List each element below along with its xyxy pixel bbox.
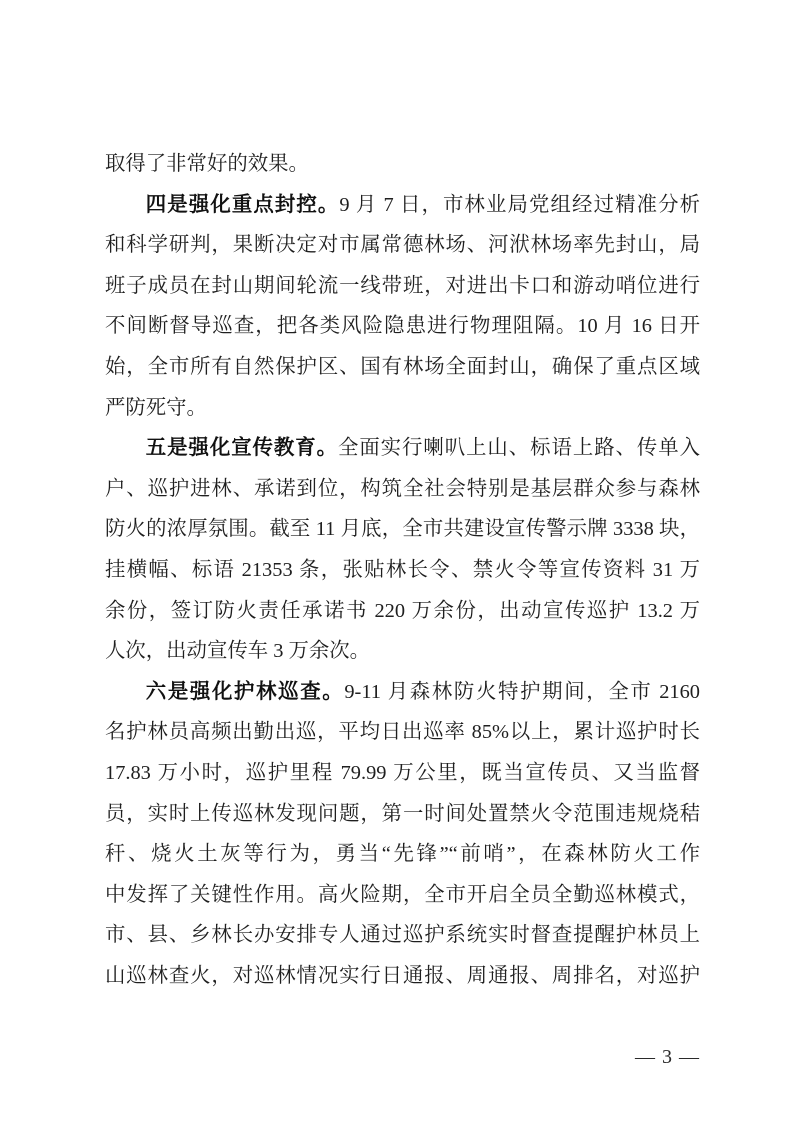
section-heading: 四是强化重点封控。 [146, 194, 340, 216]
text-line: 六是强化护林巡查。9-11 月森林防火特护期间，全市 2160 [105, 672, 700, 713]
text-line: 和科学研判，果断决定对市属常德林场、河洑林场率先封山，局 [105, 225, 700, 266]
line-text: 全面实行喇叭上山、标语上路、传单入 [338, 437, 700, 459]
line-text: 严防死守。 [105, 397, 207, 419]
line-text: 和科学研判，果断决定对市属常德林场、河洑林场率先封山，局 [105, 234, 700, 256]
text-line: 挂横幅、标语 21353 条，张贴林长令、禁火令等宣传资料 31 万 [105, 550, 700, 591]
document-body: 取得了非常好的效果。四是强化重点封控。9 月 7 日，市林业局党组经过精准分析和… [105, 144, 700, 996]
text-line: 四是强化重点封控。9 月 7 日，市林业局党组经过精准分析 [105, 185, 700, 226]
text-line: 17.83 万小时，巡护里程 79.99 万公里，既当宣传员、又当监督 [105, 753, 700, 794]
line-text: 挂横幅、标语 21353 条，张贴林长令、禁火令等宣传资料 31 万 [105, 559, 700, 581]
text-line: 中发挥了关键性作用。高火险期，全市开启全员全勤巡林模式， [105, 875, 700, 916]
text-line: 人次，出动宣传车 3 万余次。 [105, 631, 700, 672]
line-text: 始，全市所有自然保护区、国有林场全面封山，确保了重点区域 [105, 356, 700, 378]
text-line: 始，全市所有自然保护区、国有林场全面封山，确保了重点区域 [105, 347, 700, 388]
line-text: 市、县、乡林长办安排专人通过巡护系统实时督查提醒护林员上 [105, 924, 700, 946]
text-line: 余份，签订防火责任承诺书 220 万余份，出动宣传巡护 13.2 万 [105, 591, 700, 632]
page-footer: — 3 — [105, 1046, 700, 1069]
text-line: 户、巡护进林、承诺到位，构筑全社会特别是基层群众参与森林 [105, 469, 700, 510]
text-line: 秆、烧火土灰等行为，勇当“先锋”“前哨”，在森林防火工作 [105, 834, 700, 875]
text-line: 员，实时上传巡林发现问题，第一时间处置禁火令范围违规烧秸 [105, 794, 700, 835]
line-text: 9 月 7 日，市林业局党组经过精准分析 [339, 194, 700, 216]
line-text: 户、巡护进林、承诺到位，构筑全社会特别是基层群众参与森林 [105, 478, 700, 500]
text-line: 市、县、乡林长办安排专人通过巡护系统实时督查提醒护林员上 [105, 915, 700, 956]
text-line: 严防死守。 [105, 388, 700, 429]
text-line: 五是强化宣传教育。全面实行喇叭上山、标语上路、传单入 [105, 428, 700, 469]
text-line: 班子成员在封山期间轮流一线带班，对进出卡口和游动哨位进行 [105, 266, 700, 307]
line-text: 17.83 万小时，巡护里程 79.99 万公里，既当宣传员、又当监督 [105, 762, 700, 784]
line-text: 名护林员高频出勤出巡，平均日出巡率 85%以上，累计巡护时长 [105, 721, 700, 743]
text-line: 不间断督导巡查，把各类风险隐患进行物理阻隔。10 月 16 日开 [105, 306, 700, 347]
line-text: 不间断督导巡查，把各类风险隐患进行物理阻隔。10 月 16 日开 [105, 315, 700, 337]
line-text: 秆、烧火土灰等行为，勇当“先锋”“前哨”，在森林防火工作 [105, 843, 700, 865]
section-heading: 五是强化宣传教育。 [146, 437, 338, 459]
text-line: 山巡林查火，对巡林情况实行日通报、周通报、周排名，对巡护 [105, 956, 700, 997]
line-text: 防火的浓厚氛围。截至 11 月底，全市共建设宣传警示牌 3338 块， [105, 518, 700, 540]
text-line: 名护林员高频出勤出巡，平均日出巡率 85%以上，累计巡护时长 [105, 712, 700, 753]
text-line: 取得了非常好的效果。 [105, 144, 700, 185]
page-number: — 3 — [635, 1046, 700, 1068]
document-page: 取得了非常好的效果。四是强化重点封控。9 月 7 日，市林业局党组经过精准分析和… [0, 0, 800, 1131]
line-text: 员，实时上传巡林发现问题，第一时间处置禁火令范围违规烧秸 [105, 803, 700, 825]
line-text: 人次，出动宣传车 3 万余次。 [105, 640, 370, 662]
line-text: 山巡林查火，对巡林情况实行日通报、周通报、周排名，对巡护 [105, 965, 700, 987]
line-text: 9-11 月森林防火特护期间，全市 2160 [344, 681, 700, 703]
line-text: 余份，签订防火责任承诺书 220 万余份，出动宣传巡护 13.2 万 [105, 600, 700, 622]
line-text: 班子成员在封山期间轮流一线带班，对进出卡口和游动哨位进行 [105, 275, 700, 297]
text-line: 防火的浓厚氛围。截至 11 月底，全市共建设宣传警示牌 3338 块， [105, 509, 700, 550]
line-text: 中发挥了关键性作用。高火险期，全市开启全员全勤巡林模式， [105, 884, 700, 906]
section-heading: 六是强化护林巡查。 [146, 681, 345, 703]
line-text: 取得了非常好的效果。 [105, 153, 309, 175]
